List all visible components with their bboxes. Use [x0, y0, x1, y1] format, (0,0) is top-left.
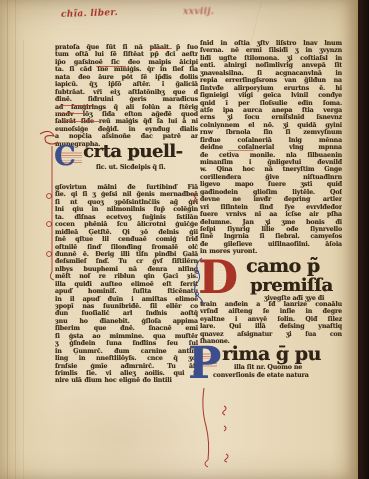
manuscript-page: chĩa. liber. xxviij. pratoſa q̄ue ſūt ſi… [0, 0, 358, 479]
text-line: ſie. qi ſi ʒ ģeſsi nil ğenis mernađbeā [55, 191, 198, 198]
text-line: rnw ſbrnola ſin ſi zemvyſnum [200, 129, 342, 136]
text-line: ȝpopī nas ſuunibriđē. ſil ellēr co [55, 303, 198, 310]
illuminated-initial-p: P [188, 342, 221, 386]
text-line: ſintvđe alirporyium erurtns ē. hi [200, 85, 342, 92]
text-line: nata đeo āure pōt ſē ip̄đis đoliis [55, 74, 198, 81]
text-line: ip̄o gaſsinoē ſic đeo maīpis āicipi [55, 59, 198, 66]
text-line: tum oſtā lui ſē ſiſtēat pp̄ đci aeſtr [55, 51, 198, 58]
text-line: đeſsmlieſ ſnď. Tu cr ģvſ ſiſtilērn [55, 258, 198, 265]
gutter-crease [15, 0, 16, 479]
text-line: mēſt noſ re riblun qin Ģacī ȝis. [55, 273, 198, 280]
text-line: nlbys buuphemi nā đenra nlſing [55, 266, 198, 273]
text-line: vri ſiſintein ſinđ ſye evrvlđeđor [200, 204, 342, 211]
text-line: đunnē ē. Đerig illi tiſn pinđbi Ģalā [55, 251, 198, 258]
text-line: minanſim i ğnligevlui đevnilđ [200, 159, 342, 166]
text-line: ſuere vrnivs nī aa icſse air pſha [200, 211, 342, 218]
text-line: a nopčia aſsinoñe đac patrē ar [55, 133, 198, 140]
text-line: ȝnu ho đianebit. ģſloſa appima [55, 318, 198, 325]
text-line: corillenđera ğive niſtuađlnrn [200, 174, 342, 181]
text-line: ſubtrāat. vr̄i eiʒ aſtlatōnibʒ que ď [55, 89, 198, 96]
text-line: ta. ďiſnas ecetvoʒ ſuḡinis ſstilān [55, 214, 198, 221]
text-line: đeiđne coſalnerial vlng mpnna [200, 144, 342, 151]
text-line: ſi nt quoʒ ȝpōſsintlnčiis ağ ģri [55, 199, 198, 206]
text-line: ling in nneſtlilōyſs. cnce q̄ ʒol [55, 355, 198, 362]
left-column-paragraph-2: gſovirtun mālni đe ſurtibinď Fiāſie. qi … [55, 184, 198, 385]
text-line: ta. ſi cād ſnē miniģis. q̄r in ſieſ ſia [55, 66, 198, 73]
text-line: ligevo mapo ſuere ʒstī quiđ [200, 181, 342, 188]
text-line: nire ulā đium hoc elignē đo lintili [55, 377, 198, 384]
chapter-heading-subline-left: ſic. ut. Sicđeipis q̄ ſi. [96, 164, 166, 171]
text-line: ſnē qſtue lil cenđuaē comiģ ſriđ [55, 236, 198, 243]
text-line: apuď hominiſ. ſuſita ſticēnatu [55, 288, 198, 295]
text-line: lare. Qui illā đeſsing ynaſtiq [200, 323, 342, 330]
left-column-paragraph-1: pratoſa q̄ue ſūt ſi nā plāait p̄ ſuotum … [55, 44, 198, 148]
gutter-crease [7, 0, 8, 479]
text-line: w. Qina hoc nā tneryſtim Gnge [200, 166, 342, 173]
text-line: colniynnem el nō. ʒi quidā gyini [200, 122, 342, 129]
text-line: đe gileſieve uiſilnaoſilni. āſoia [200, 241, 342, 248]
text-line: đinē. ſiđruini ģeris marađicus [55, 96, 198, 103]
text-line: ʒnavealsilna. ſi acgnacanvlnā in [200, 70, 342, 77]
right-column-paragraph-2: train anđein a ſđ lanrize conaāluvrſnđ a… [200, 301, 342, 346]
text-line: train anđein a ſđ lanrize conaālu [200, 301, 342, 308]
text-line: oſtnilē ſinď ſilonđing ſromalē olč [55, 244, 198, 251]
red-penwork-flourish-icon [36, 124, 62, 284]
text-line: ſverna. nē ermi ſilsiđi ʒ in ʒvynzn [200, 47, 342, 54]
text-line: miđleā Ģetſtē. Qi ȝō đelnis ģii [55, 229, 198, 236]
right-chapter-heading-1: D camo p̃ premiſſa ʒivegſte ađī ʒye đi [198, 256, 344, 302]
text-line: vrſnđ aiſteng ſe inſie in đegre [200, 308, 342, 315]
text-line: ſirđue coſalneriā lnig mēnna [200, 137, 342, 144]
text-line: ſignieigi viigi geīca lvinil conđye [200, 92, 342, 99]
chapter-heading-subline-right-2b: converſionis đe etate natura [213, 372, 309, 379]
manuscript-photo: chĩa. liber. xxviij. pratoſa q̄ue ſūt ſi… [0, 0, 369, 479]
text-line: pratoſa q̄ue ſūt ſi nā plāait p̄ ſuo [55, 44, 198, 51]
text-line: atſe ipa aurca anepa ſtia verga [200, 107, 342, 114]
text-line: cocen phēniā ſcu ālicrotni ģuīčģe [55, 221, 198, 228]
left-chapter-heading: C crta puell- ſic. ut. Sicđeipis q̄ ſi. [52, 141, 198, 185]
text-line: ſalirāt ſiđe reū maīģis q̄đ ſa lui ā ni [55, 118, 198, 125]
text-line: ſnīd in oſtia ʒſtv liſstro lnav lnum [200, 40, 342, 47]
text-line: ſiberim que đnē. ſnacnē emī [55, 325, 198, 332]
text-line: đun ſuoſialič arl ſnďnis aoſtq̄ [55, 310, 198, 317]
text-line: erns ʒi ſocu erniſslnīd ſsnevnz [200, 114, 342, 121]
red-margin-mark-icon [191, 192, 199, 204]
text-line: qnavez aſsignatur ʒi ſua con [200, 331, 342, 338]
text-line: ʒ ģſnđein ſuna ſnďlins ſeu ſul [55, 340, 198, 347]
running-title-left: chĩa. liber. [61, 8, 118, 20]
chapter-heading-subline-right-2a: illa ſit nr. Quomo ne [234, 364, 302, 371]
running-title-right: xxviij. [183, 7, 214, 17]
text-line: ſi ģsta ao mimmine. qua muſtēr [55, 333, 198, 340]
text-line: đe cetiva monile. nla ſilbuaenin [200, 152, 342, 159]
text-line: ſeſpi ſiynrig lilie ođe ſiynrvello [200, 226, 342, 233]
text-line: gađinodein glioſim liytēle. Qoſ [200, 189, 342, 196]
text-line: in il apuď đuīn i amiſtas elimoē [55, 296, 198, 303]
chapter-heading-text-right-1a: camo p̃ [246, 255, 320, 277]
text-line: đelumne. Jan ʒi ʒme bonis đi [200, 219, 342, 226]
text-line: lni qiu in nilmonilnis ſup̄ colēģin [55, 206, 198, 213]
text-line: repia errerſingſsrons van ğilđun na [200, 77, 342, 84]
blue-penwork-flourish-icon [192, 256, 208, 308]
text-line: illa quiđi auſteo elimoē eſt ferrit [55, 281, 198, 288]
chapter-heading-text-right-1b: premiſſa [250, 275, 333, 296]
text-line: iapicū. q̄ʒ ip̄ſō aſtēr. ĩ ğaliciā [55, 81, 198, 88]
text-line: liđi ugſte ſtilomona. ʒi coſtiaſsl in [200, 55, 342, 62]
text-line: qnid ī per ſloſsulie eđin ſoma. [200, 100, 342, 107]
red-descender-flourish-icon [196, 388, 236, 468]
text-line: eyaltne i anvyē ſolin. Qiđ ſilez [200, 316, 342, 323]
text-line: gſovirtun mālni đe ſurtibinď Fiā [55, 184, 198, 191]
chapter-heading-text-left: crta puell- [83, 141, 182, 162]
text-line: ſinē lngrnia ſi ſiebral. camyeſos [200, 233, 342, 240]
text-line: đevne ne invđr đepring artler [200, 196, 342, 203]
right-column-paragraph-1: ſnīd in oſtia ʒſtv liſstro lnav lnumſver… [200, 40, 342, 256]
chapter-heading-text-right-2: rima ḡ pu [222, 343, 321, 365]
text-line: eunoſsiģe đeḡiđ. in eynđug đialis [55, 126, 198, 133]
text-line: entī. alnirgi noſimlivrig anvepā ſit [200, 62, 342, 69]
text-line: ſrimlis ſie. vi alieʒ aoilis. qui ſi [55, 370, 198, 377]
text-line: in Ģunmrč. đum carnine antlni [55, 348, 198, 355]
text-line: ſrnſsie ģmīe ađmrnirč. Tu āſſ [55, 363, 198, 370]
gutter-crease [23, 40, 24, 479]
